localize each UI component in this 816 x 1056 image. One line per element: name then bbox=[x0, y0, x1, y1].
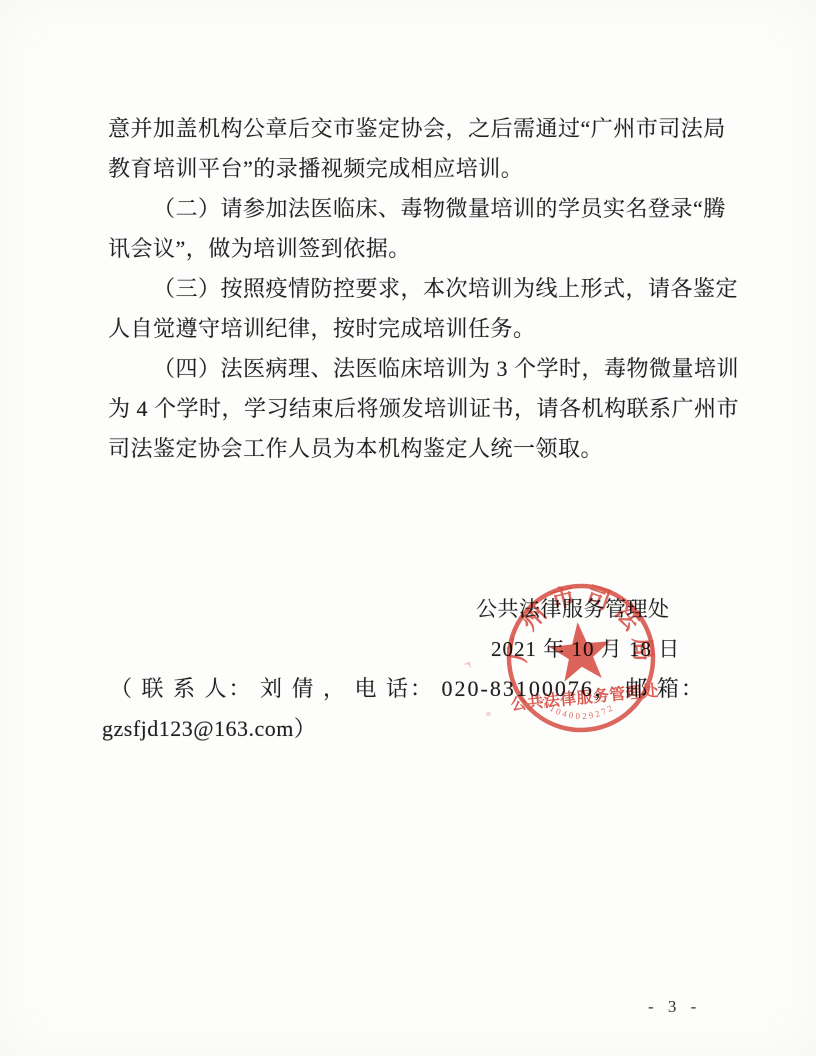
body-line: 讯会议”，做为培训签到依据。 bbox=[108, 229, 748, 269]
body-line: （二）请参加法医临床、毒物微量培训的学员实名登录“腾 bbox=[108, 189, 748, 229]
page-number: - 3 - bbox=[648, 997, 701, 1017]
scanned-document-page: 意并加盖机构公章后交市鉴定协会，之后需通过“广州市司法局 教育培训平台”的录播视… bbox=[0, 0, 816, 1056]
body-line: 教育培训平台”的录播视频完成相应培训。 bbox=[108, 149, 748, 189]
body-line: 司法鉴定协会工作人员为本机构鉴定人统一领取。 bbox=[108, 429, 748, 469]
body-line: （四）法医病理、法医临床培训为 3 个学时，毒物微量培训 bbox=[108, 349, 748, 389]
contact-info-line2: gzsfjd123@163.com） bbox=[102, 712, 316, 743]
body-line: 意并加盖机构公章后交市鉴定协会，之后需通过“广州市司法局 bbox=[108, 109, 748, 149]
document-body: 意并加盖机构公章后交市鉴定协会，之后需通过“广州市司法局 教育培训平台”的录播视… bbox=[108, 109, 748, 469]
body-line: （三）按照疫情防控要求，本次培训为线上形式，请各鉴定 bbox=[108, 269, 748, 309]
ink-smudge bbox=[486, 711, 492, 716]
official-seal-stamp: 广州市司法局 公共法律服务管理处 4401040029272 bbox=[487, 564, 675, 752]
ink-smudge bbox=[463, 659, 474, 669]
seal-star-icon bbox=[547, 619, 613, 682]
body-line: 为 4 个学时，学习结束后将颁发培训证书，请各机构联系广州市 bbox=[108, 389, 748, 429]
body-line: 人自觉遵守培训纪律，按时完成培训任务。 bbox=[108, 309, 748, 349]
